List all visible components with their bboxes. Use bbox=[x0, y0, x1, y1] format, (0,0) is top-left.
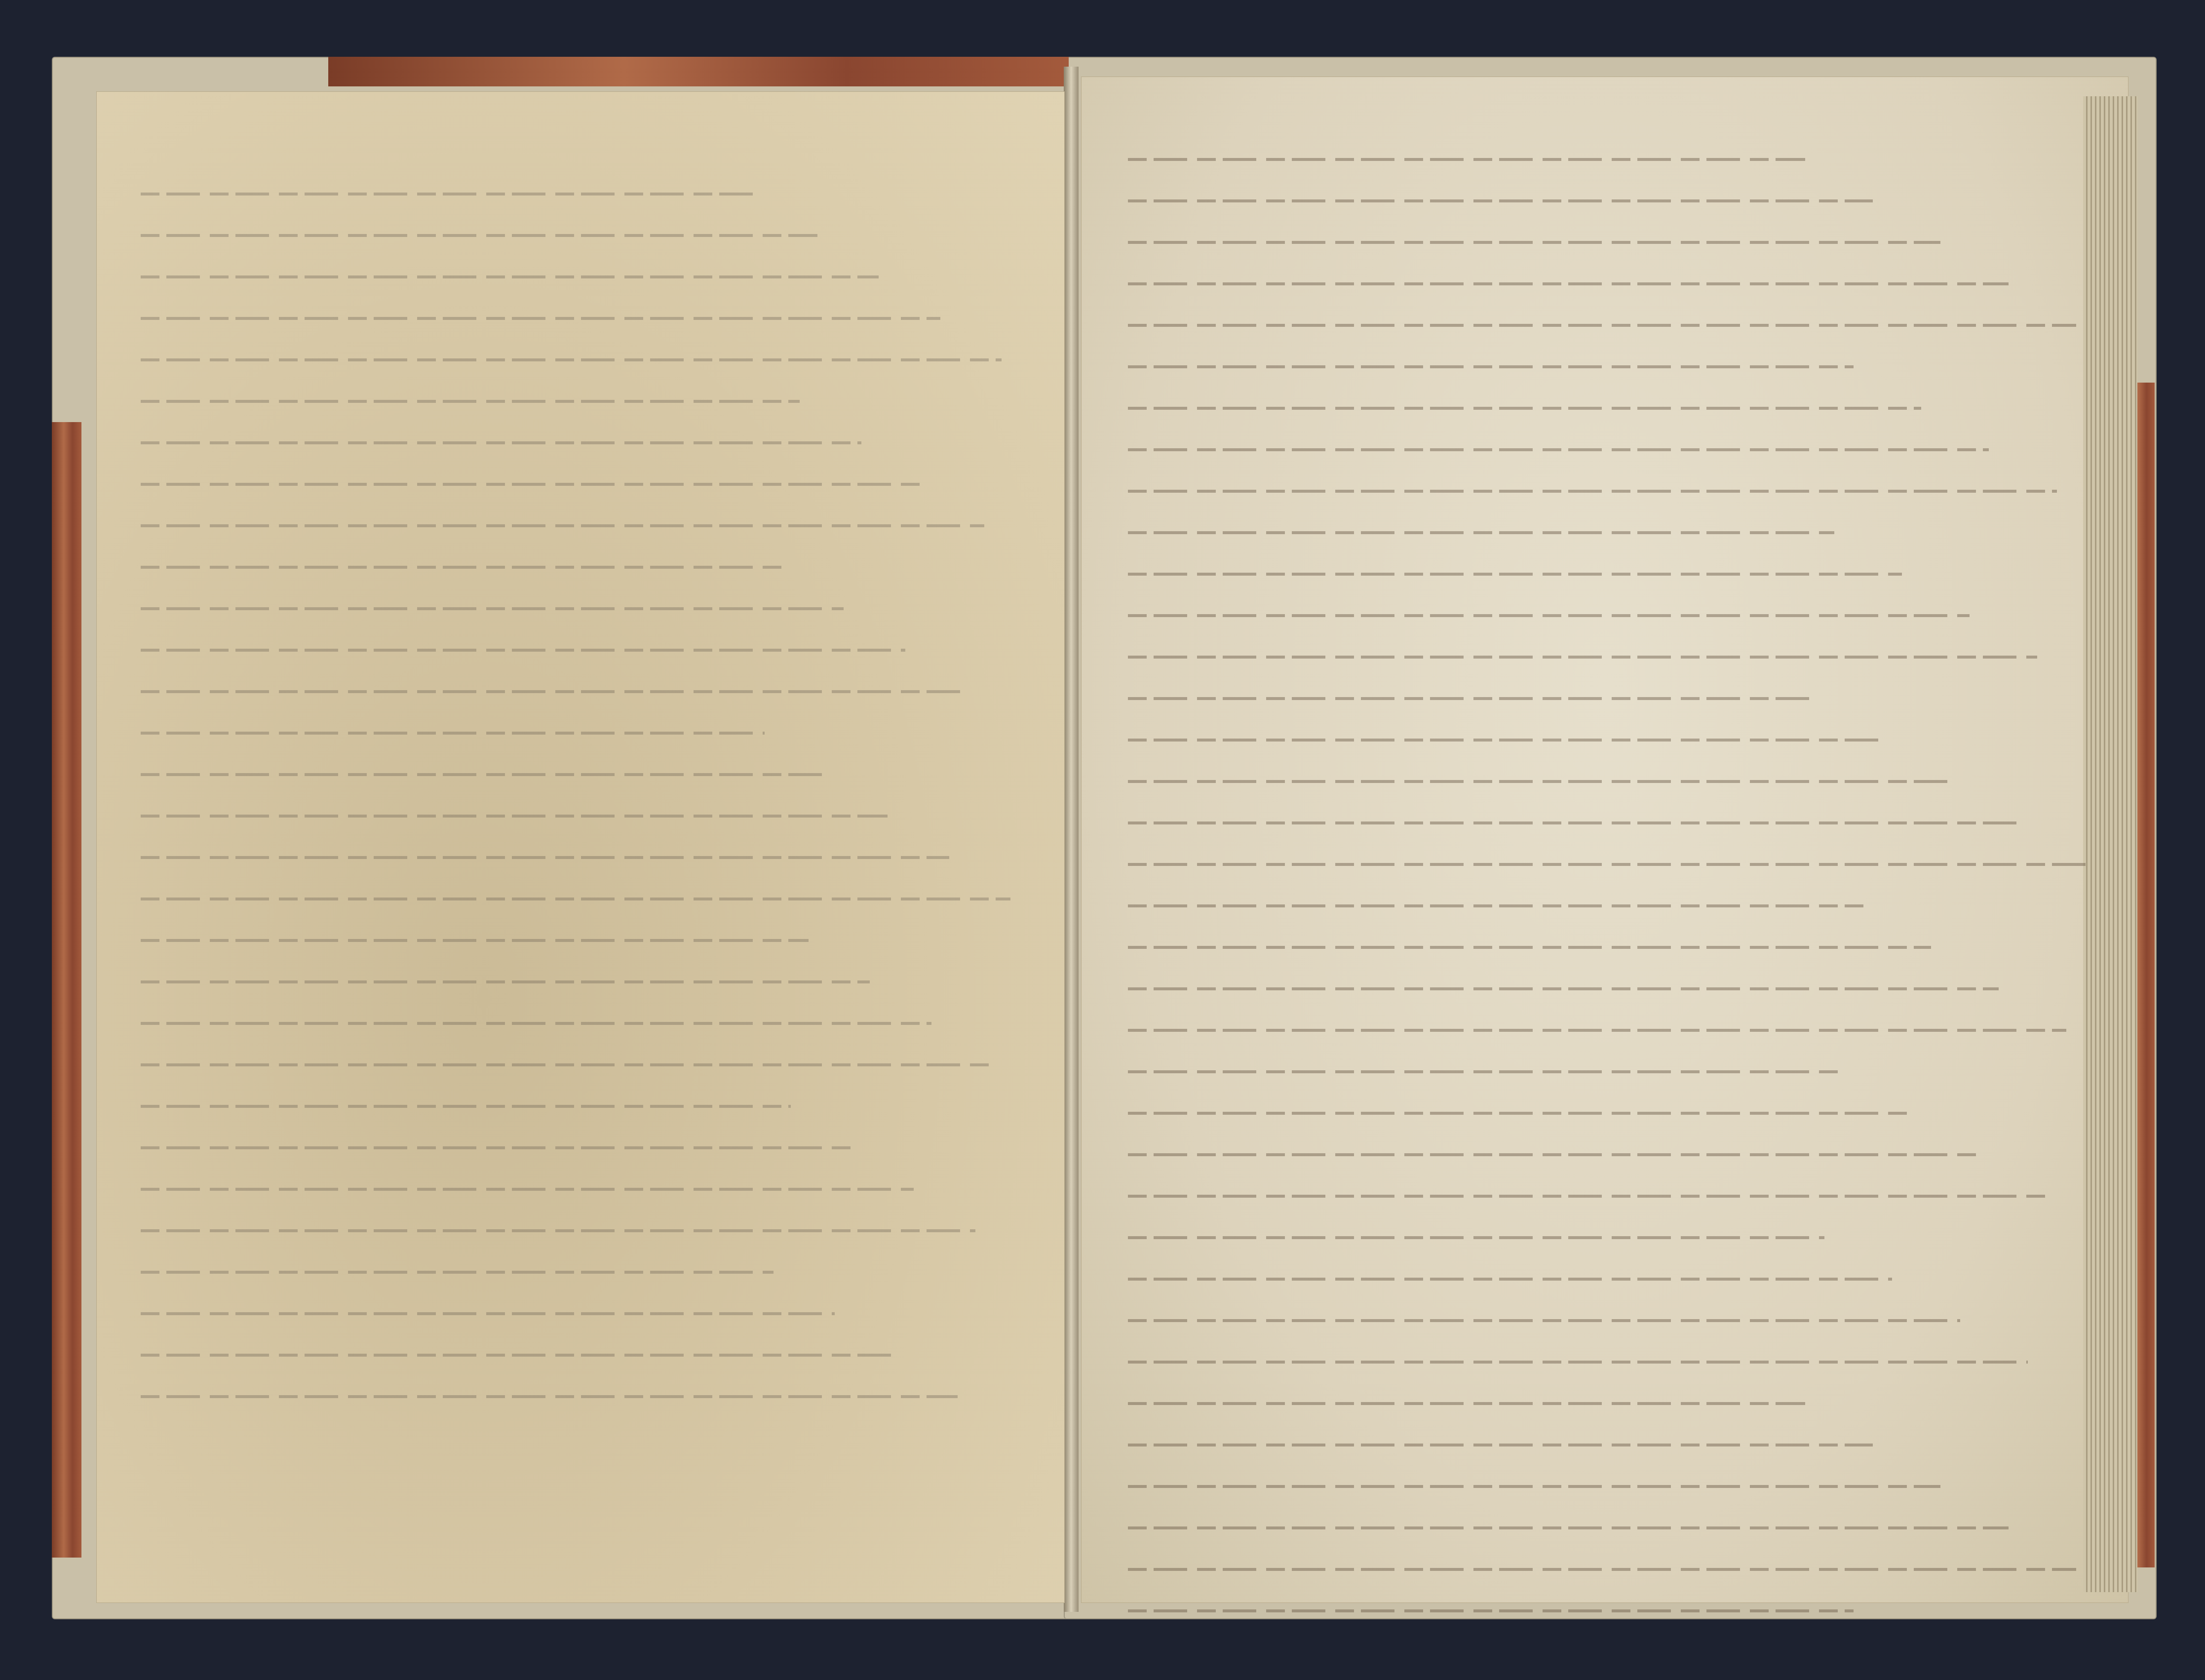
handwritten-line bbox=[141, 958, 1019, 993]
handwritten-line bbox=[141, 544, 1019, 578]
handwritten-line bbox=[141, 295, 1019, 329]
handwritten-line bbox=[141, 1331, 1019, 1366]
handwritten-line bbox=[141, 792, 1019, 827]
handwritten-line bbox=[1128, 882, 2095, 917]
handwritten-line bbox=[1128, 633, 2095, 668]
handwritten-line bbox=[1128, 1090, 2095, 1124]
handwritten-line bbox=[1128, 550, 2095, 585]
left-page-handwriting bbox=[141, 170, 1019, 1414]
handwritten-line bbox=[141, 1041, 1019, 1076]
handwritten-line bbox=[141, 668, 1019, 703]
handwritten-line bbox=[1128, 716, 2095, 751]
handwritten-line bbox=[141, 626, 1019, 661]
handwritten-line bbox=[1128, 385, 2095, 419]
handwritten-line bbox=[1128, 924, 2095, 958]
handwritten-line bbox=[1128, 1131, 2095, 1166]
handwritten-line bbox=[141, 585, 1019, 620]
handwritten-line bbox=[1128, 177, 2095, 212]
handwritten-line bbox=[1128, 1421, 2095, 1456]
handwritten-line bbox=[141, 419, 1019, 454]
handwritten-line bbox=[141, 1000, 1019, 1034]
handwritten-line bbox=[1128, 1463, 2095, 1497]
handwritten-line bbox=[141, 212, 1019, 246]
handwritten-line bbox=[141, 378, 1019, 412]
handwritten-line bbox=[1128, 1007, 2095, 1041]
handwritten-line bbox=[1128, 1380, 2095, 1414]
marbled-paper-left bbox=[52, 422, 81, 1558]
handwritten-line bbox=[1128, 343, 2095, 378]
handwritten-line bbox=[1128, 219, 2095, 253]
handwritten-line bbox=[141, 1373, 1019, 1407]
handwritten-line bbox=[1128, 509, 2095, 544]
handwritten-line bbox=[1128, 1297, 2095, 1331]
handwritten-line bbox=[141, 1083, 1019, 1117]
handwritten-line bbox=[1128, 965, 2095, 1000]
handwritten-line bbox=[141, 253, 1019, 288]
handwritten-line bbox=[141, 1207, 1019, 1242]
handwritten-line bbox=[141, 1249, 1019, 1283]
right-page-handwriting bbox=[1128, 136, 2095, 1629]
handwritten-line bbox=[141, 1124, 1019, 1159]
handwritten-line bbox=[141, 917, 1019, 951]
handwritten-line bbox=[1128, 1255, 2095, 1290]
handwritten-line bbox=[141, 751, 1019, 785]
handwritten-line bbox=[1128, 302, 2095, 336]
handwritten-line bbox=[1128, 1504, 2095, 1539]
handwritten-line bbox=[1128, 1214, 2095, 1249]
handwritten-line bbox=[1128, 1048, 2095, 1083]
handwritten-line bbox=[141, 875, 1019, 910]
handwritten-line bbox=[1128, 468, 2095, 502]
handwritten-line bbox=[141, 502, 1019, 537]
handwritten-line bbox=[1128, 592, 2095, 626]
handwritten-line bbox=[1128, 1587, 2095, 1622]
handwritten-line bbox=[1128, 799, 2095, 834]
handwritten-line bbox=[141, 336, 1019, 371]
handwritten-line bbox=[1128, 136, 2095, 170]
handwritten-line bbox=[141, 461, 1019, 495]
handwritten-line bbox=[1128, 758, 2095, 792]
book-gutter bbox=[1064, 67, 1079, 1612]
handwritten-line bbox=[141, 1290, 1019, 1325]
handwritten-line bbox=[1128, 841, 2095, 875]
handwritten-line bbox=[141, 834, 1019, 868]
handwritten-line bbox=[141, 1166, 1019, 1200]
handwritten-line bbox=[1128, 426, 2095, 461]
handwritten-line bbox=[1128, 1546, 2095, 1580]
marbled-paper-top bbox=[328, 57, 1069, 86]
handwritten-line bbox=[141, 170, 1019, 205]
handwritten-line bbox=[1128, 260, 2095, 295]
handwritten-line bbox=[1128, 1172, 2095, 1207]
handwritten-line bbox=[1128, 1338, 2095, 1373]
handwritten-line bbox=[141, 709, 1019, 744]
open-book bbox=[52, 57, 2155, 1619]
handwritten-line bbox=[1128, 675, 2095, 709]
